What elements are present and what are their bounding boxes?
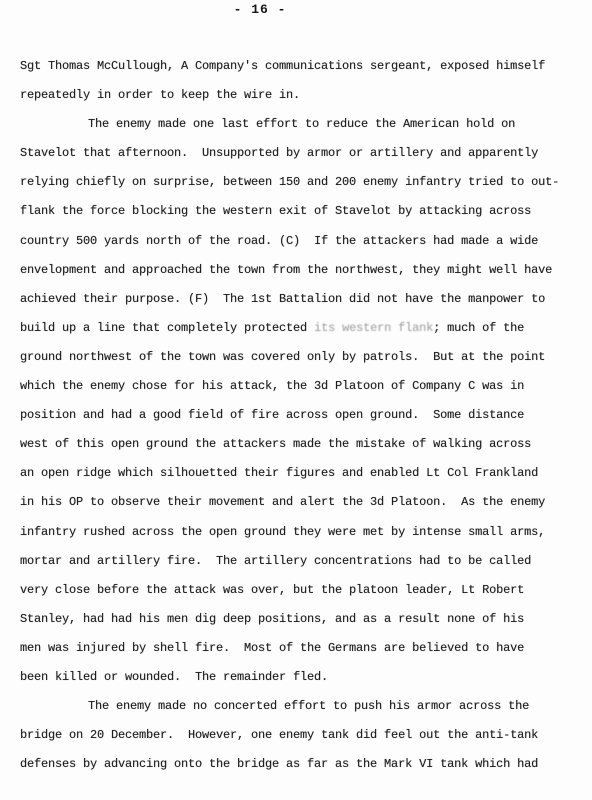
text-line: repeatedly in order to keep the wire in. bbox=[20, 81, 582, 110]
text-line: very close before the attack was over, b… bbox=[20, 576, 582, 605]
text-line: Stanley, had had his men dig deep positi… bbox=[20, 605, 582, 634]
text-segment: Stavelot that afternoon. Unsupported by … bbox=[20, 146, 538, 160]
text-segment: been killed or wounded. The remainder fl… bbox=[20, 670, 328, 684]
text-segment: in his OP to observe their movement and … bbox=[20, 495, 545, 509]
text-segment: Stanley, had had his men dig deep positi… bbox=[20, 612, 524, 626]
typewritten-body: Sgt Thomas McCullough, A Company's commu… bbox=[20, 52, 582, 779]
text-segment: Sgt Thomas McCullough, A Company's commu… bbox=[20, 59, 545, 73]
text-line: build up a line that completely protecte… bbox=[20, 314, 582, 343]
document-page: - 16 - Sgt Thomas McCullough, A Company'… bbox=[0, 0, 592, 800]
text-line: country 500 yards north of the road. (C)… bbox=[20, 227, 582, 256]
text-line: Stavelot that afternoon. Unsupported by … bbox=[20, 139, 582, 168]
text-line: which the enemy chose for his attack, th… bbox=[20, 372, 582, 401]
text-segment: repeatedly in order to keep the wire in. bbox=[20, 88, 300, 102]
text-line: flank the force blocking the western exi… bbox=[20, 197, 582, 226]
text-segment: ground northwest of the town was covered… bbox=[20, 350, 545, 364]
text-segment: The enemy made no concerted effort to pu… bbox=[88, 699, 529, 713]
text-line: ground northwest of the town was covered… bbox=[20, 343, 582, 372]
text-line: The enemy made no concerted effort to pu… bbox=[20, 692, 582, 721]
text-line: relying chiefly on surprise, between 150… bbox=[20, 168, 582, 197]
text-segment: country 500 yards north of the road. (C)… bbox=[20, 234, 538, 248]
text-line: an open ridge which silhouetted their fi… bbox=[20, 459, 582, 488]
text-segment: The enemy made one last effort to reduce… bbox=[88, 117, 515, 131]
text-line: bridge on 20 December. However, one enem… bbox=[20, 721, 582, 750]
faded-text: its western flank bbox=[314, 321, 433, 335]
text-line: Sgt Thomas McCullough, A Company's commu… bbox=[20, 52, 582, 81]
text-segment: defenses by advancing onto the bridge as… bbox=[20, 757, 538, 771]
text-line: in his OP to observe their movement and … bbox=[20, 488, 582, 517]
text-segment: achieved their purpose. (F) The 1st Batt… bbox=[20, 292, 545, 306]
text-line: achieved their purpose. (F) The 1st Batt… bbox=[20, 285, 582, 314]
text-segment: flank the force blocking the western exi… bbox=[20, 204, 531, 218]
text-segment: mortar and artillery fire. The artillery… bbox=[20, 554, 531, 568]
text-segment: bridge on 20 December. However, one enem… bbox=[20, 728, 538, 742]
text-line: The enemy made one last effort to reduce… bbox=[20, 110, 582, 139]
text-segment: west of this open ground the attackers m… bbox=[20, 437, 531, 451]
text-line: been killed or wounded. The remainder fl… bbox=[20, 663, 582, 692]
text-line: envelopment and approached the town from… bbox=[20, 256, 582, 285]
text-line: mortar and artillery fire. The artillery… bbox=[20, 547, 582, 576]
text-segment: an open ridge which silhouetted their fi… bbox=[20, 466, 538, 480]
text-segment: envelopment and approached the town from… bbox=[20, 263, 552, 277]
text-segment: infantry rushed across the open ground t… bbox=[20, 525, 545, 539]
text-line: infantry rushed across the open ground t… bbox=[20, 518, 582, 547]
page-number: - 16 - bbox=[0, 2, 520, 17]
text-line: men was injured by shell fire. Most of t… bbox=[20, 634, 582, 663]
text-line: west of this open ground the attackers m… bbox=[20, 430, 582, 459]
text-segment: men was injured by shell fire. Most of t… bbox=[20, 641, 524, 655]
text-segment: relying chiefly on surprise, between 150… bbox=[20, 175, 559, 189]
text-segment: build up a line that completely protecte… bbox=[20, 321, 314, 335]
text-line: position and had a good field of fire ac… bbox=[20, 401, 582, 430]
text-segment: ; much of the bbox=[433, 321, 524, 335]
text-segment: which the enemy chose for his attack, th… bbox=[20, 379, 524, 393]
text-line: defenses by advancing onto the bridge as… bbox=[20, 750, 582, 779]
text-segment: position and had a good field of fire ac… bbox=[20, 408, 524, 422]
text-segment: very close before the attack was over, b… bbox=[20, 583, 524, 597]
